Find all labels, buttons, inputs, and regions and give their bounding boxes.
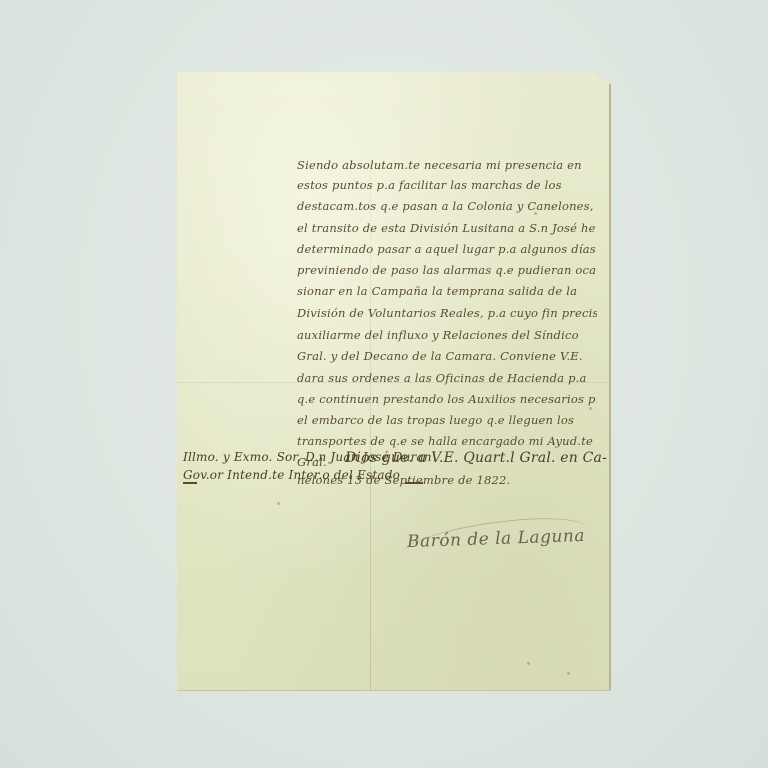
body-line: sionar en la Campaña la temprana salida …: [297, 284, 597, 298]
ink-underline-stroke: [183, 482, 197, 484]
body-line: el embarco de las tropas luego q.e llegu…: [297, 413, 597, 427]
body-line: destacam.tos q.e pasan a la Colonia y Ca…: [297, 199, 597, 213]
body-line: dara sus ordenes a las Oficinas de Hacie…: [297, 371, 597, 385]
body-line: auxiliarme del influxo y Relaciones del …: [297, 328, 597, 342]
body-line: previniendo de paso las alarmas q.e pudi…: [297, 263, 597, 277]
body-line: q.e continuen prestando los Auxilios nec…: [297, 392, 597, 406]
manuscript-page: Siendo absolutam.te necesaria mi presenc…: [177, 72, 611, 691]
body-line: determinado pasar a aquel lugar p.a algu…: [297, 242, 597, 256]
body-line: transportes de q.e se halla encargado mi…: [297, 434, 597, 448]
body-line: estos puntos p.a facilitar las marchas d…: [297, 178, 597, 192]
paper-spot: [567, 672, 570, 675]
addressee-line: Gov.or Intend.te Inter.o del Estado: [183, 468, 400, 482]
body-line: Siendo absolutam.te necesaria mi presenc…: [297, 158, 597, 172]
ink-dash-stroke: [405, 482, 423, 484]
paper-spot: [534, 212, 537, 215]
addressee-line: Illmo. y Exmo. Sor. D.n Juan José Duran: [183, 450, 432, 464]
paper-spot: [277, 502, 280, 505]
paper-spot: [527, 662, 530, 665]
body-line: el transito de esta División Lusitana a …: [297, 221, 597, 235]
body-line: Gral. y del Decano de la Camara. Convien…: [297, 349, 597, 363]
photo-background: Siendo absolutam.te necesaria mi presenc…: [0, 0, 768, 768]
paper-spot: [589, 407, 592, 410]
body-line: División de Voluntarios Reales, p.a cuyo…: [297, 306, 597, 320]
